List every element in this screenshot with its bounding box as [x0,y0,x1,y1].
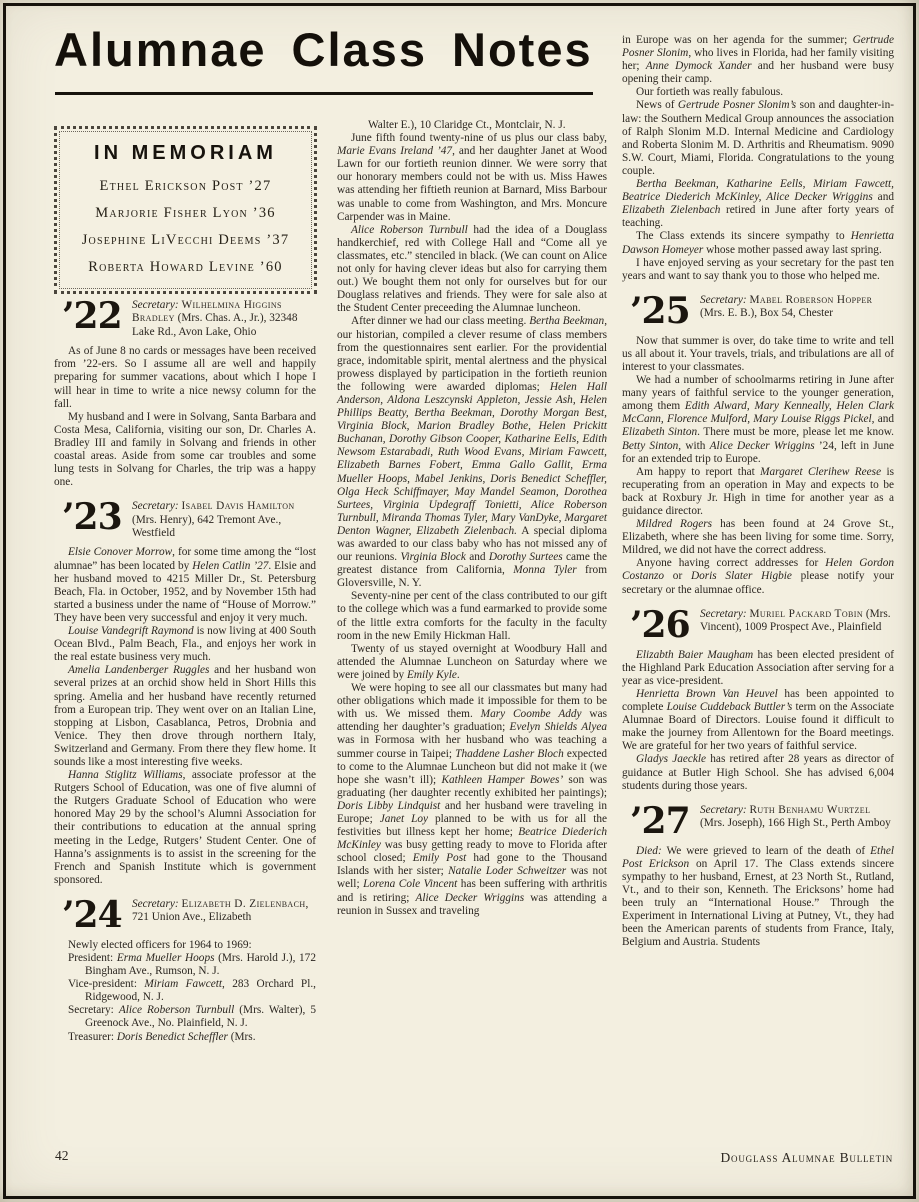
person-name: Doris Benedict Scheffler [117,1031,228,1043]
person-name: Bertha Beekman [529,315,604,327]
class-year-heading: ’26Secretary: Muriel Packard Tobin (Mrs.… [622,607,894,643]
person-name: Henrietta Brown Van Heuvel [636,688,778,700]
person-name: Evelyn Shields Alyea [510,721,607,733]
person-name: Erma Mueller Hoops [117,952,215,964]
text-run: (Mrs. [228,1031,256,1043]
person-name: Mildred Rogers [636,518,712,530]
paragraph: June fifth found twenty-nine of us plus … [337,132,607,224]
class-year-heading: ’23Secretary: Isabel Davis Hamilton (Mrs… [54,499,316,540]
person-name: Elizabeth Sinton [622,426,697,438]
paragraph: My husband and I were in Solvang, Santa … [54,411,316,490]
text-run: (Mrs. E. B.), Box 54, Chester [700,307,833,319]
text-run: Seventy-nine per cent of the class contr… [337,590,607,641]
text-run: (Mrs. Henry), 642 Tremont Ave., Westfiel… [132,514,281,539]
secretary-info: Secretary: Wilhelmina Higgins Bradley (M… [132,298,316,339]
person-name: Elsie Conover Morrow [68,546,172,558]
paragraph: We had a number of schoolmarms retiring … [622,374,894,466]
text-run: Our fortieth was really fabulous. [636,86,783,98]
paragraph: Died: We were grieved to learn of the de… [622,845,894,950]
paragraph: Elizabth Baier Maugham has been elected … [622,649,894,688]
in-memoriam-name-list: Ethel Erickson Post ’27Marjorie Fisher L… [63,173,308,281]
paragraph: Newly elected officers for 1964 to 1969: [54,939,316,952]
paragraph: Anyone having correct addresses for Hele… [622,557,894,596]
memoriam-name: Marjorie Fisher Lyon ’36 [63,200,308,227]
text-run: The Class extends its sincere sympathy t… [636,230,851,242]
person-name: Died: [636,845,662,857]
paragraph: Bertha Beekman, Katharine Eells, Miriam … [622,178,894,230]
person-name: Gertrude Posner Slonim’s [678,99,796,111]
paragraph: Seventy-nine per cent of the class contr… [337,590,607,642]
paragraph: As of June 8 no cards or messages have b… [54,345,316,410]
person-name: Kathleen Hamper Bowes’ [441,774,563,786]
person-name: Lorena Cole Vincent [363,878,457,890]
class-year-heading: ’27Secretary: Ruth Benhamu Wurtzel (Mrs.… [622,803,894,839]
person-name: Bertha Beekman, Katharine Eells, Miriam … [622,178,894,203]
text-run: or [664,570,691,582]
text-run: . There must be more, please let me know… [697,426,894,438]
class-year-label: ’26 [622,607,700,643]
text-run: Elizabeth D. Zielenbach [181,898,305,910]
secretary-info: Secretary: Elizabeth D. Zielenbach, 721 … [132,897,316,933]
person-name: Doris Libby Lindquist [337,800,440,812]
paragraph: President: Erma Mueller Hoops (Mrs. Haro… [85,952,316,978]
person-name: Hanna Stiglitz Williams [68,769,183,781]
text-run: . [457,669,460,681]
person-name: Helen Catlin ’27 [192,560,268,572]
class-year-label: ’25 [622,293,700,329]
text-run: Anyone having correct addresses for [636,557,825,569]
paragraph: Walter E.), 10 Claridge Ct., Montclair, … [368,119,607,132]
column-left: ’22Secretary: Wilhelmina Higgins Bradley… [54,288,316,1044]
text-run: Isabel Davis Hamilton [181,500,294,512]
paragraph: News of Gertrude Posner Slonim’s son and… [622,99,894,178]
class-year-label: ’24 [54,897,132,933]
text-run: Secretary: [68,1004,119,1016]
text-run: , associate professor at the Rutgers Sch… [54,769,316,886]
person-name: Secretary: [132,500,181,512]
person-name: Emily Kyle [407,669,457,681]
person-name: Mary Coombe Addy [481,708,582,720]
paragraph: I have enjoyed serving as your secretary… [622,257,894,283]
paragraph: We were hoping to see all our classmates… [337,682,607,918]
text-run: Walter E.), 10 Claridge Ct., Montclair, … [368,119,566,131]
text-run: After dinner we had our class meeting. [351,315,529,327]
column-middle: Walter E.), 10 Claridge Ct., Montclair, … [337,119,607,918]
person-name: Betty Sinton [622,440,678,452]
text-run: Treasurer: [68,1031,117,1043]
memoriam-name: Ethel Erickson Post ’27 [63,173,308,200]
text-run: We were grieved to learn of the death of [662,845,870,857]
memoriam-name: Roberta Howard Levine ’60 [63,254,308,281]
text-run: Vice-president: [68,978,144,990]
text-run: had the idea of a Douglass handkerchief,… [337,224,607,315]
paragraph: The Class extends its sincere sympathy t… [622,230,894,256]
text-run: and [874,413,894,425]
paragraph: Louise Vandegrift Raymond is now living … [54,625,316,664]
text-run: Ruth Benhamu Wurtzel [749,804,870,816]
secretary-info: Secretary: Isabel Davis Hamilton (Mrs. H… [132,499,316,540]
paragraph: Treasurer: Doris Benedict Scheffler (Mrs… [85,1031,316,1044]
magazine-page: Alumnae Class Notes IN MEMORIAM Ethel Er… [0,0,919,1202]
text-run: and [873,191,894,203]
text-run: As of June 8 no cards or messages have b… [54,345,316,409]
text-run: June fifth found twenty-nine of us plus … [351,132,607,144]
person-name: Thaddene Lasher Bloch [455,748,564,760]
text-run: President: [68,952,117,964]
paragraph: Secretary: Alice Roberson Turnbull (Mrs.… [85,1004,316,1030]
person-name: Secretary: [700,294,749,306]
person-name: Elizabeth Zielenbach [622,204,720,216]
person-name: Doris Slater Higbie [691,570,792,582]
in-memoriam-heading: IN MEMORIAM [63,142,308,165]
class-year-heading: ’22Secretary: Wilhelmina Higgins Bradley… [54,298,316,339]
secretary-info: Secretary: Mabel Roberson Hopper (Mrs. E… [700,293,894,329]
text-run: and [466,551,489,563]
text-run: Muriel Packard Tobin [749,608,863,620]
paragraph: Twenty of us stayed overnight at Woodbur… [337,643,607,682]
text-run: and her husband won several prizes at an… [54,664,316,768]
column-right: in Europe was on her agenda for the summ… [622,34,894,949]
paragraph: Amelia Landenberger Ruggles and her husb… [54,664,316,769]
paragraph: Mildred Rogers has been found at 24 Grov… [622,518,894,557]
text-run: I have enjoyed serving as your secretary… [622,257,894,282]
person-name: Miriam Fawcett [144,978,222,990]
bulletin-title: Douglass Alumnae Bulletin [721,1150,894,1166]
text-run: on April 17. The Class extends sincere s… [622,858,894,949]
person-name: Secretary: [700,804,749,816]
paragraph: Hanna Stiglitz Williams, associate profe… [54,769,316,887]
paragraph: Our fortieth was really fabulous. [622,86,894,99]
text-run: Now that summer is over, do take time to… [622,335,894,373]
person-name: Alice Decker Wriggins [415,892,524,904]
person-name: Louise Vandegrift Raymond [68,625,194,637]
class-year-label: ’23 [54,499,132,540]
text-run: Mabel Roberson Hopper [749,294,872,306]
person-name: Anne Dymock Xander [646,60,752,72]
paragraph: Elsie Conover Morrow, for some time amon… [54,546,316,625]
paragraph: Henrietta Brown Van Heuvel has been appo… [622,688,894,753]
person-name: Virginia Block [400,551,465,563]
text-run: Am happy to report that [636,466,760,478]
person-name: Louise Cuddeback Buttler’s [667,701,793,713]
paragraph: Am happy to report that Margaret Clerihe… [622,466,894,518]
person-name: Monna Tyler [513,564,576,576]
page-title: Alumnae Class Notes [54,24,593,76]
text-run: whose mother passed away last spring. [703,244,882,256]
page-number: 42 [55,1148,69,1164]
memoriam-name: Josephine LiVecchi Deems ’37 [63,227,308,254]
person-name: Secretary: [132,898,181,910]
class-year-heading: ’24Secretary: Elizabeth D. Zielenbach, 7… [54,897,316,933]
paragraph: in Europe was on her agenda for the summ… [622,34,894,86]
person-name: Natalie Loder Schweitzer [448,865,566,877]
person-name: Dorothy Surtees [489,551,563,563]
paragraph: Gladys Jaeckle has retired after 28 year… [622,753,894,792]
text-run: , with [678,440,709,452]
paragraph: Vice-president: Miriam Fawcett, 283 Orch… [85,978,316,1004]
text-run: in Europe was on her agenda for the summ… [622,34,853,46]
person-name: Gladys Jaeckle [636,753,706,765]
person-name: Elizabth Baier Maugham [636,649,753,661]
secretary-info: Secretary: Muriel Packard Tobin (Mrs. Vi… [700,607,894,643]
person-name: Alice Roberson Turnbull [351,224,468,236]
paragraph: After dinner we had our class meeting. B… [337,315,607,590]
text-run: Newly elected officers for 1964 to 1969: [68,939,252,951]
person-name: Marie Evans Ireland ’47 [337,145,452,157]
text-run: My husband and I were in Solvang, Santa … [54,411,316,488]
class-year-heading: ’25Secretary: Mabel Roberson Hopper (Mrs… [622,293,894,329]
person-name: Margaret Clerihew Reese [760,466,881,478]
paragraph: Alice Roberson Turnbull had the idea of … [337,224,607,316]
secretary-info: Secretary: Ruth Benhamu Wurtzel (Mrs. Jo… [700,803,894,839]
text-run: Twenty of us stayed overnight at Woodbur… [337,643,607,681]
text-run: (Mrs. Joseph), 166 High St., Perth Amboy [700,817,891,829]
person-name: Helen Hall Anderson, Aldona Leszcynski A… [337,381,607,537]
person-name: Alice Decker Wriggins [710,440,815,452]
person-name: Amelia Landenberger Ruggles [68,664,209,676]
title-rule [55,92,593,95]
class-year-label: ’27 [622,803,700,839]
person-name: Janet Loy [380,813,428,825]
person-name: Secretary: [700,608,749,620]
paragraph: Now that summer is over, do take time to… [622,335,894,374]
text-run: News of [636,99,678,111]
in-memoriam-box: IN MEMORIAM Ethel Erickson Post ’27Marjo… [54,126,317,294]
person-name: Emily Post [413,852,467,864]
person-name: Alice Roberson Turnbull [119,1004,234,1016]
person-name: Secretary: [132,299,181,311]
class-year-label: ’22 [54,298,132,339]
